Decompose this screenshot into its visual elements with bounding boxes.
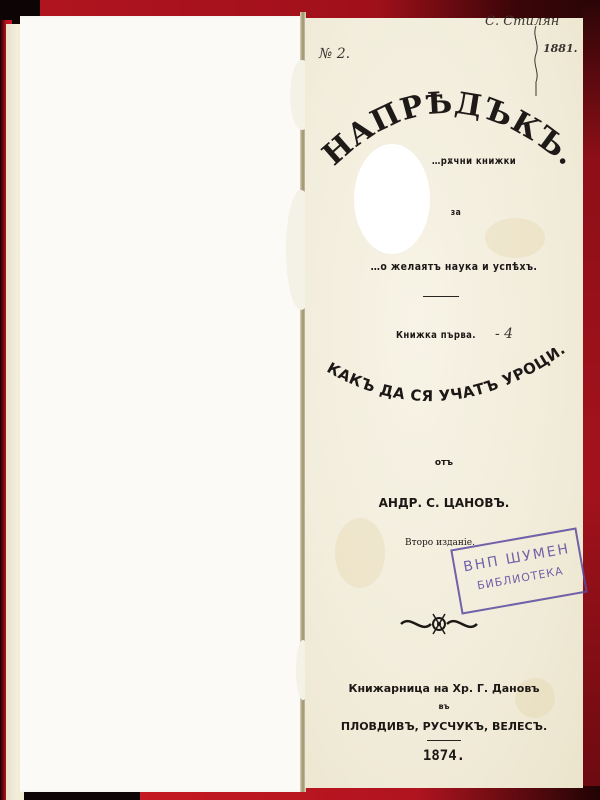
printer-ornament [399, 610, 479, 638]
publisher-line: Книжарница на Хр. Г. Дановъ [305, 682, 583, 695]
book-cover-right [582, 0, 600, 800]
left-page-blank [20, 16, 304, 792]
volume-label: Книжка първа. [318, 330, 554, 341]
publisher-in: въ [305, 702, 583, 711]
author-name: АНДР. С. ЦАНОВЪ. [305, 496, 583, 510]
publisher-cities: ПЛОВДИВЪ, РУСЧУКЪ, ВЕЛЕСЪ. [305, 720, 583, 733]
book-title: КАКЪ ДА СЯ УЧАТЪ УРОЦИ. [305, 348, 583, 428]
svg-text:КАКЪ ДА СЯ УЧАТЪ УРОЦИ.: КАКЪ ДА СЯ УЧАТЪ УРОЦИ. [324, 348, 569, 405]
bottom-divider [427, 740, 461, 741]
publication-year: 1874. [305, 748, 583, 764]
redaction-oval [354, 144, 430, 254]
subtitle-line-3: …о желаятъ наука и успѣхъ. [336, 260, 572, 273]
title-page: № 2. С. Стилян 1881. НАПРѢДЪКЪ. …рѫчни к… [305, 18, 583, 788]
by-label: отъ [305, 458, 583, 468]
small-divider [423, 296, 459, 297]
handwritten-mark: - 4 [495, 326, 513, 342]
